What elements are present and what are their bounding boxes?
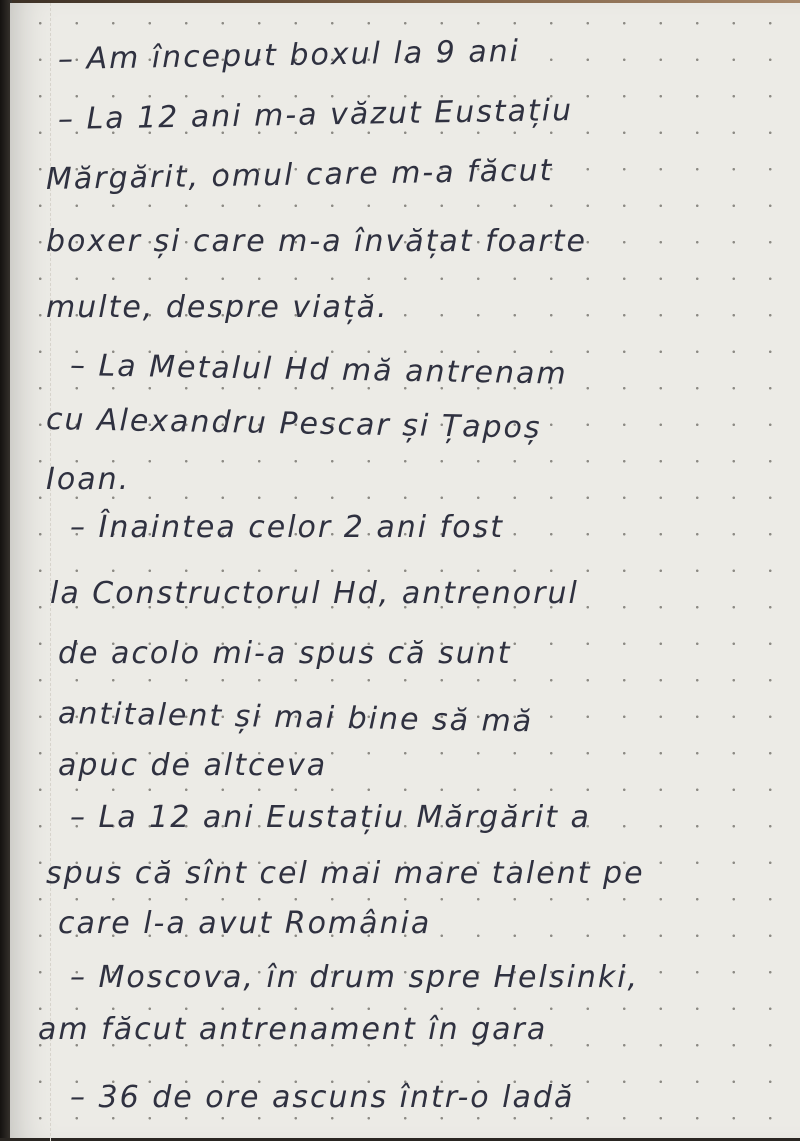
handwritten-line: la Constructorul Hd, antrenorul: [50, 576, 579, 611]
handwritten-line: care l-a avut România: [58, 906, 431, 941]
handwritten-line: Ioan.: [46, 462, 130, 497]
handwritten-line: – Moscova, în drum spre Helsinki,: [70, 960, 639, 995]
handwritten-line: spus că sînt cel mai mare talent pe: [46, 856, 645, 891]
handwritten-line: boxer și care m-a învățat foarte: [46, 224, 587, 259]
handwritten-line: – Înaintea celor 2 ani fost: [70, 510, 504, 545]
handwritten-line: multe, despre viață.: [46, 290, 389, 325]
handwritten-line: – 36 de ore ascuns într-o ladă: [70, 1080, 574, 1115]
handwritten-line: am făcut antrenament în gara: [38, 1012, 547, 1047]
handwritten-line: – La 12 ani Eustațiu Mărgărit a: [70, 800, 591, 835]
handwritten-line: de acolo mi-a spus că sunt: [58, 636, 511, 671]
handwritten-line: apuc de altceva: [58, 748, 327, 783]
